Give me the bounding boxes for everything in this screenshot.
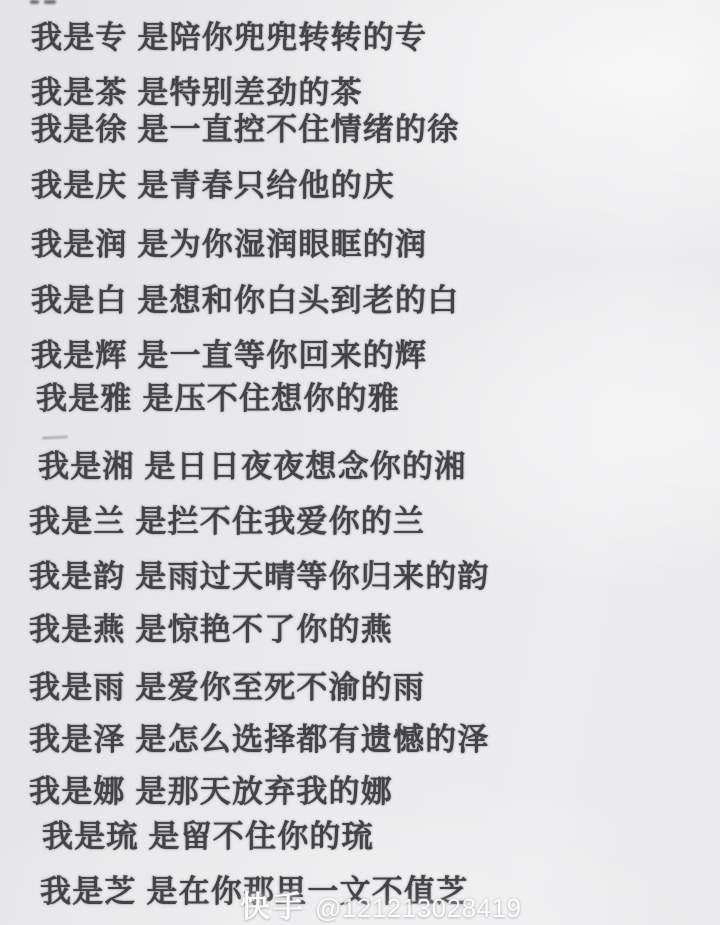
lyric-line: 我是润 是为你湿润眼眶的润	[31, 229, 427, 260]
lyric-line: 我是雨 是爱你至死不渝的雨	[29, 672, 425, 703]
smudge-artifact	[42, 435, 68, 439]
lyric-line: 我是湘 是日日夜夜想念你的湘	[38, 451, 466, 482]
lyric-line: 我是兰 是拦不住我爱你的兰	[29, 506, 425, 537]
cutoff-text-artifact	[30, 0, 39, 4]
lyric-line: 我是庆 是青春只给他的庆	[31, 170, 395, 201]
kuaishou-user-id: @121213028419	[315, 893, 521, 924]
lyric-line: 我是白 是想和你白头到老的白	[31, 285, 459, 316]
lyric-line: 我是燕 是惊艳不了你的燕	[29, 614, 393, 645]
lyric-line: 我是茶 是特别差劲的茶	[31, 77, 363, 108]
lyric-line: 我是专 是陪你兜兜转转的专	[31, 22, 427, 53]
lyric-line: 我是韵 是雨过天晴等你归来的韵	[29, 561, 490, 592]
lyric-line: 我是娜 是那天放弃我的娜	[29, 776, 393, 807]
lyric-line: 我是雅 是压不住想你的雅	[36, 383, 400, 414]
lyric-line: 我是徐 是一直控不住情绪的徐	[31, 114, 459, 145]
kuaishou-watermark: 快手 @121213028419	[240, 882, 521, 925]
lyric-line: 我是琉 是留不住你的琉	[42, 821, 374, 852]
kuaishou-logo-text: 快手	[240, 882, 306, 925]
lyric-line: 我是泽 是怎么选择都有遗憾的泽	[29, 724, 490, 755]
lyric-line: 我是辉 是一直等你回来的辉	[31, 340, 427, 371]
cutoff-text-artifact	[44, 0, 56, 4]
video-frame: 我是专 是陪你兜兜转转的专 我是茶 是特别差劲的茶 我是徐 是一直控不住情绪的徐…	[0, 0, 720, 925]
